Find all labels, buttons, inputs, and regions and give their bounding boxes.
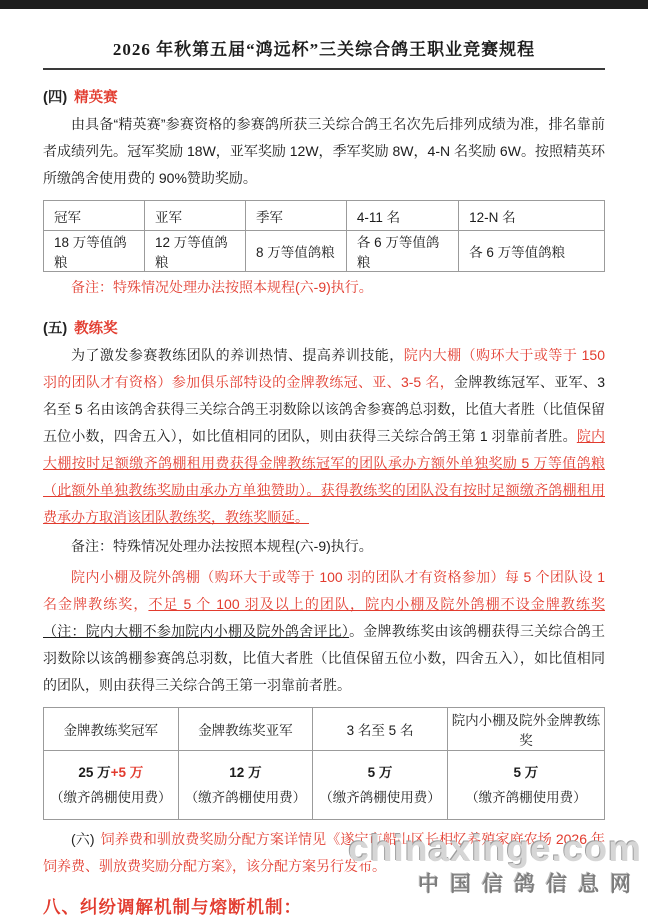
table-header-cell: 季军 (245, 201, 346, 231)
coach-prize-table: 金牌教练奖冠军 金牌教练奖亚军 3 名至 5 名 院内小棚及院外金牌教练奖 25… (43, 707, 605, 820)
table-header-cell: 亚军 (144, 201, 245, 231)
elite-paragraph: 由具备“精英赛”参赛资格的参赛鸽所获三关综合鸽王名次先后排列成绩为准，排名靠前者… (43, 111, 605, 192)
section-title: 精英赛 (74, 90, 118, 106)
section-marker: (六) (71, 831, 95, 847)
table-cell: 12 万 （缴齐鸽棚使用费） (178, 751, 313, 820)
table-cell: 各 6 万等值鸽粮 (346, 231, 458, 272)
document-page: 2026 年秋第五届“鸿远杯”三关综合鸽王职业竞赛规程 (四)精英赛 由具备“精… (0, 35, 648, 919)
table-row: 25 万+5 万 （缴齐鸽棚使用费） 12 万 （缴齐鸽棚使用费） 5 万 （缴… (44, 751, 605, 820)
coach-paragraph-2: 院内小棚及院外鸽棚（购环大于或等于 100 羽的团队才有资格参加）每 5 个团队… (43, 564, 605, 699)
table-header-row: 金牌教练奖冠军 金牌教练奖亚军 3 名至 5 名 院内小棚及院外金牌教练奖 (44, 708, 605, 751)
table-header-cell: 金牌教练奖亚军 (178, 708, 313, 751)
section-heading-coach: (五)教练奖 (43, 317, 605, 338)
text-segment-underline: （注：院内大棚不参加院内小棚及院外鸽舍评比） (43, 623, 349, 639)
table-cell: 5 万 （缴齐鸽棚使用费） (313, 751, 448, 820)
prize-value: 5 万 (317, 760, 443, 786)
table-cell: 18 万等值鸽粮 (44, 231, 145, 272)
table-header-cell: 院内小棚及院外金牌教练奖 (447, 708, 604, 751)
section-marker: (四) (43, 90, 67, 106)
table-header-cell: 12-N 名 (459, 201, 605, 231)
prize-base: 25 万 (78, 765, 110, 780)
fee-condition: （缴齐鸽棚使用费） (317, 786, 443, 810)
watermark-site-name-cn: 中国信鸽信息网 (348, 870, 642, 900)
prize-bonus: +5 万 (111, 765, 144, 780)
text-segment: 为了激发参赛教练团队的养训热情、提高养训技能， (71, 347, 404, 363)
section-marker: (五) (43, 321, 67, 337)
table-cell: 25 万+5 万 （缴齐鸽棚使用费） (44, 751, 179, 820)
table-header-cell: 4-11 名 (346, 201, 458, 231)
prize-value: 5 万 (452, 760, 600, 786)
table-cell: 各 6 万等值鸽粮 (459, 231, 605, 272)
fee-condition: （缴齐鸽棚使用费） (452, 786, 600, 810)
fee-condition: （缴齐鸽棚使用费） (48, 786, 174, 810)
table-header-cell: 3 名至 5 名 (313, 708, 448, 751)
table-header-cell: 金牌教练奖冠军 (44, 708, 179, 751)
table-cell: 12 万等值鸽粮 (144, 231, 245, 272)
coach-paragraph-1: 为了激发参赛教练团队的养训热情、提高养训技能，院内大棚（购环大于或等于 150 … (43, 342, 605, 531)
table-row: 18 万等值鸽粮 12 万等值鸽粮 8 万等值鸽粮 各 6 万等值鸽粮 各 6 … (44, 231, 605, 272)
table-header-row: 冠军 亚军 季军 4-11 名 12-N 名 (44, 201, 605, 231)
top-bar (0, 0, 648, 9)
document-title: 2026 年秋第五届“鸿远杯”三关综合鸽王职业竞赛规程 (43, 35, 605, 70)
prize-value: 25 万+5 万 (48, 760, 174, 786)
table-cell: 8 万等值鸽粮 (245, 231, 346, 272)
table-cell: 5 万 （缴齐鸽棚使用费） (447, 751, 604, 820)
elite-remark: 备注：特殊情况处理办法按照本规程(六-9)执行。 (43, 274, 605, 301)
section-heading-elite: (四)精英赛 (43, 86, 605, 107)
table-header-cell: 冠军 (44, 201, 145, 231)
watermark-site-logo: chinaxinge.com (348, 830, 642, 868)
text-segment-red-underline: 不足 5 个 100 羽及以上的团队，院内小棚及院外鸽棚不设金牌教练奖 (148, 596, 605, 612)
elite-prize-table: 冠军 亚军 季军 4-11 名 12-N 名 18 万等值鸽粮 12 万等值鸽粮… (43, 200, 605, 272)
section-title: 教练奖 (74, 321, 118, 337)
coach-remark: 备注：特殊情况处理办法按照本规程(六-9)执行。 (43, 533, 605, 560)
prize-value: 12 万 (183, 760, 309, 786)
watermark: chinaxinge.com 中国信鸽信息网 (348, 830, 642, 900)
fee-condition: （缴齐鸽棚使用费） (183, 786, 309, 810)
